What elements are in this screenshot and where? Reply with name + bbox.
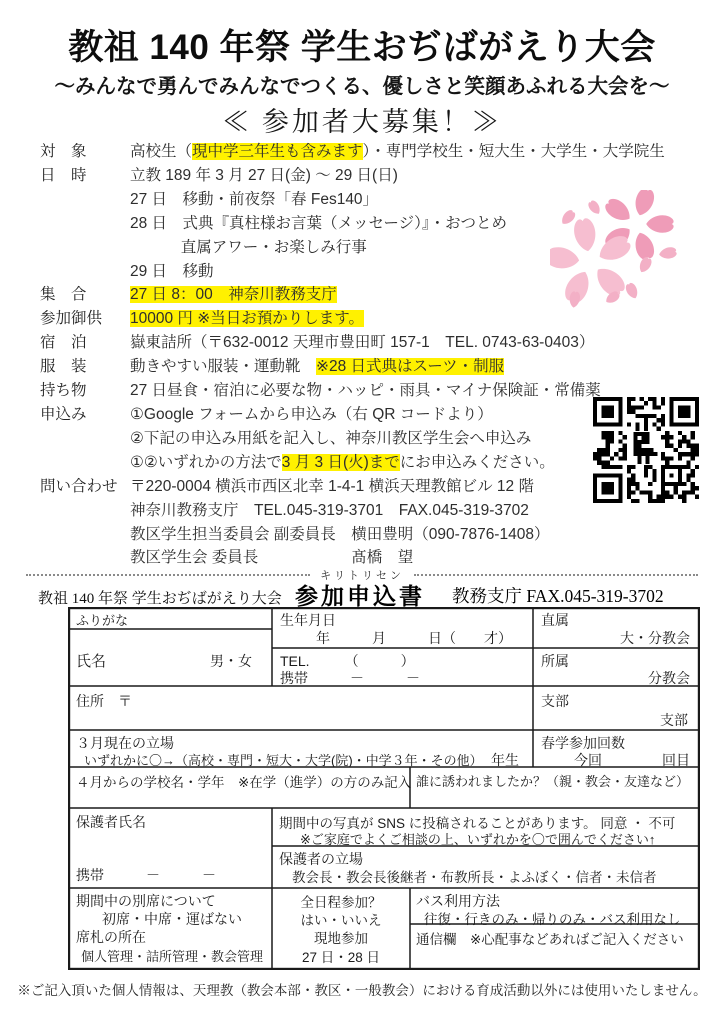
bus-usage-options: 往復・行きのみ・帰りのみ・バス利用なし [424,908,681,928]
furigana-label: ふりがな [76,610,128,629]
info-highlight: 27 日 8：00 神奈川教務支庁 [130,286,337,303]
info-text: 神奈川教務支庁 TEL.045-319-3701 FAX.045-319-370… [130,502,529,519]
current-status-options: いずれかに〇→（高校・専門・短大・大学(院)・中学３年・その他） [84,750,483,769]
info-line: 対 象高校生（現中学三年生も含みます）・専門学校生・短大生・大学生・大学院生 [40,140,708,164]
info-highlight: 現中学三年生も含みます [192,143,363,160]
seat-card-options: 個人管理・詰所管理・教会管理 [81,946,263,965]
info-label [40,188,130,212]
info-label: 宿 泊 [40,331,130,355]
recruit-heading: ≪ 参加者大募集！≫ [0,100,724,139]
info-text: ②下記の申込み用紙を記入し、神奈川教区学生会へ申込み [130,430,531,447]
info-list: 対 象高校生（現中学三年生も含みます）・専門学校生・短大生・大学生・大学院生 日… [40,140,708,570]
name-label: 氏名 [76,650,106,671]
info-text: ①②いずれかの方法で [130,454,282,471]
onsite-days: 27 日・28 日 [272,946,410,966]
info-label: 問い合わせ [40,475,130,499]
info-label: 参加御供 [40,307,130,331]
info-label: 集 合 [40,283,130,307]
info-text: にお申込みください。 [400,454,555,471]
application-form-table: ふりがな 氏名 男・女 生年月日 年 月 日（ 才） 直属 大・分教会 TEL.… [68,607,700,970]
spring-count-suffix: 回目 [662,750,690,770]
guardian-status-options: 教会長・教会長後継者・布教所長・よふぼく・信者・未信者 [292,866,657,886]
betsuseki-options: 初席・中席・運ばない [102,909,242,929]
flyer-page: 教祖 140 年祭 学生おぢばがえり大会 ～みんなで勇んでみんなでつくる、優しさ… [0,0,724,1024]
direct-affiliation-suffix: 大・分教会 [620,628,690,648]
info-line: 宿 泊嶽東詰所（〒632-0012 天理市豊田町 157-1 TEL. 0743… [40,331,708,355]
qr-code [590,397,702,503]
info-line: 参加御供10000 円 ※当日お預かりします。 [40,307,708,331]
address-label: 住所 〒 [76,691,132,711]
spring-count-current: 今回 [574,750,602,770]
info-text: 高校生（ [130,143,192,160]
info-text: 29 日 移動 [130,263,214,280]
invited-by-label: 誰に誘われましたか？（親・教会・友達など） [416,771,689,790]
info-label [40,212,130,236]
grade-suffix: 年生 [491,750,519,770]
form-title-small: 教祖 140 年祭 学生おぢばがえり大会 [38,587,282,608]
info-label [40,427,130,451]
info-line: 日 時立教 189 年 3 月 27 日(金) ～ 29 日(日) [40,164,708,188]
info-text: 嶽東詰所（〒632-0012 天理市豊田町 157-1 TEL. 0743-63… [130,334,594,351]
birthdate-label: 生年月日 [280,610,336,630]
info-line: 集 合27 日 8：00 神奈川教務支庁 [40,283,708,307]
info-label [40,523,130,547]
info-label: 対 象 [40,140,130,164]
cut-line-dash [26,574,310,576]
cut-line-dash [414,574,698,576]
info-text: 27 日 移動・前夜祭「春 Fes140」 [130,191,378,208]
direct-affiliation-label: 直属 [541,610,569,630]
affiliation-suffix: 分教会 [648,668,690,688]
info-text: 直属アワー・お楽しみ行事 [130,239,367,256]
info-text: 28 日 式典『真柱様お言葉（メッセージ）』・おつとめ [130,215,507,232]
info-highlight: ※28 日式典はスーツ・制服 [316,358,504,375]
info-label: 申込み [40,403,130,427]
info-text: ①Google フォームから申込み（右 QR コードより） [130,406,493,423]
info-line: 直属アワー・お楽しみ行事 [40,236,708,260]
page-title: 教祖 140 年祭 学生おぢばがえり大会 [0,20,724,70]
info-label: 日 時 [40,164,130,188]
info-text: ）・専門学校生・短大生・大学生・大学院生 [363,143,665,160]
info-line: 教区学生担当委員会 副委員長 横田豊明（090-7876-1408） [40,523,708,547]
info-line: 服 装動きやすい服装・運動靴 ※28 日式典はスーツ・制服 [40,355,708,379]
info-text: 立教 189 年 3 月 27 日(金) ～ 29 日(日) [130,167,398,184]
guardian-name-label: 保護者氏名 [76,812,146,832]
info-text: 教区学生会 委員長 髙橋 望 [130,549,413,566]
sns-consent-note: ※ご家庭でよくご相談の上、いずれかを〇で囲んでください↑ [300,829,655,848]
info-label [40,451,130,475]
info-text: 教区学生担当委員会 副委員長 横田豊明（090-7876-1408） [130,526,549,543]
form-fax-number: 教務支庁 FAX.045-319-3702 [452,583,664,608]
message-column-label: 通信欄 ※心配事などあればご記入ください [416,928,684,948]
info-highlight: 10000 円 ※当日お預かりします。 [130,310,364,327]
info-label [40,499,130,523]
mobile-label: 携帯 － － [280,668,420,688]
gender-options: 男・女 [210,651,252,671]
affiliation-label: 所属 [541,651,569,671]
info-text: 動きやすい服装・運動靴 [130,358,316,375]
page-subtitle: ～みんなで勇んでみんなでつくる、優しさと笑顔あふれる大会を～ [0,69,724,99]
privacy-footnote: ※ご記入頂いた個人情報は、天理教（教会本部・教区・一般教会）における育成活動以外… [0,979,724,999]
seat-card-label: 席札の所在 [76,927,146,947]
info-label [40,236,130,260]
onsite-label: 現地参加 [272,927,410,947]
qr-pattern [590,397,702,503]
info-line: 27 日 移動・前夜祭「春 Fes140」 [40,188,708,212]
info-highlight: 3 月 3 日(火)まで [282,454,400,471]
branch-suffix: 支部 [660,710,688,730]
birthdate-units: 年 月 日（ 才） [316,628,512,648]
info-label [40,260,130,284]
branch-label: 支部 [541,691,569,711]
info-line: 29 日 移動 [40,260,708,284]
info-line: 28 日 式典『真柱様お言葉（メッセージ）』・おつとめ [40,212,708,236]
school-name-label: ４月からの学校名・学年 ※在学（進学）の方のみ記入 [76,771,411,791]
info-label: 持ち物 [40,379,130,403]
info-text: 〒220-0004 横浜市西区北幸 1-4-1 横浜天理教館ビル 12 階 [130,478,534,495]
info-text: 27 日昼食・宿泊に必要な物・ハッピ・雨具・マイナ保険証・常備薬 [130,382,601,399]
info-label: 服 装 [40,355,130,379]
full-attendance-label: 全日程参加？ [272,891,410,911]
betsuseki-label: 期間中の別席について [76,891,216,911]
guardian-mobile-label: 携帯 － － [76,865,216,885]
yes-no-options: はい・いいえ [272,909,410,929]
